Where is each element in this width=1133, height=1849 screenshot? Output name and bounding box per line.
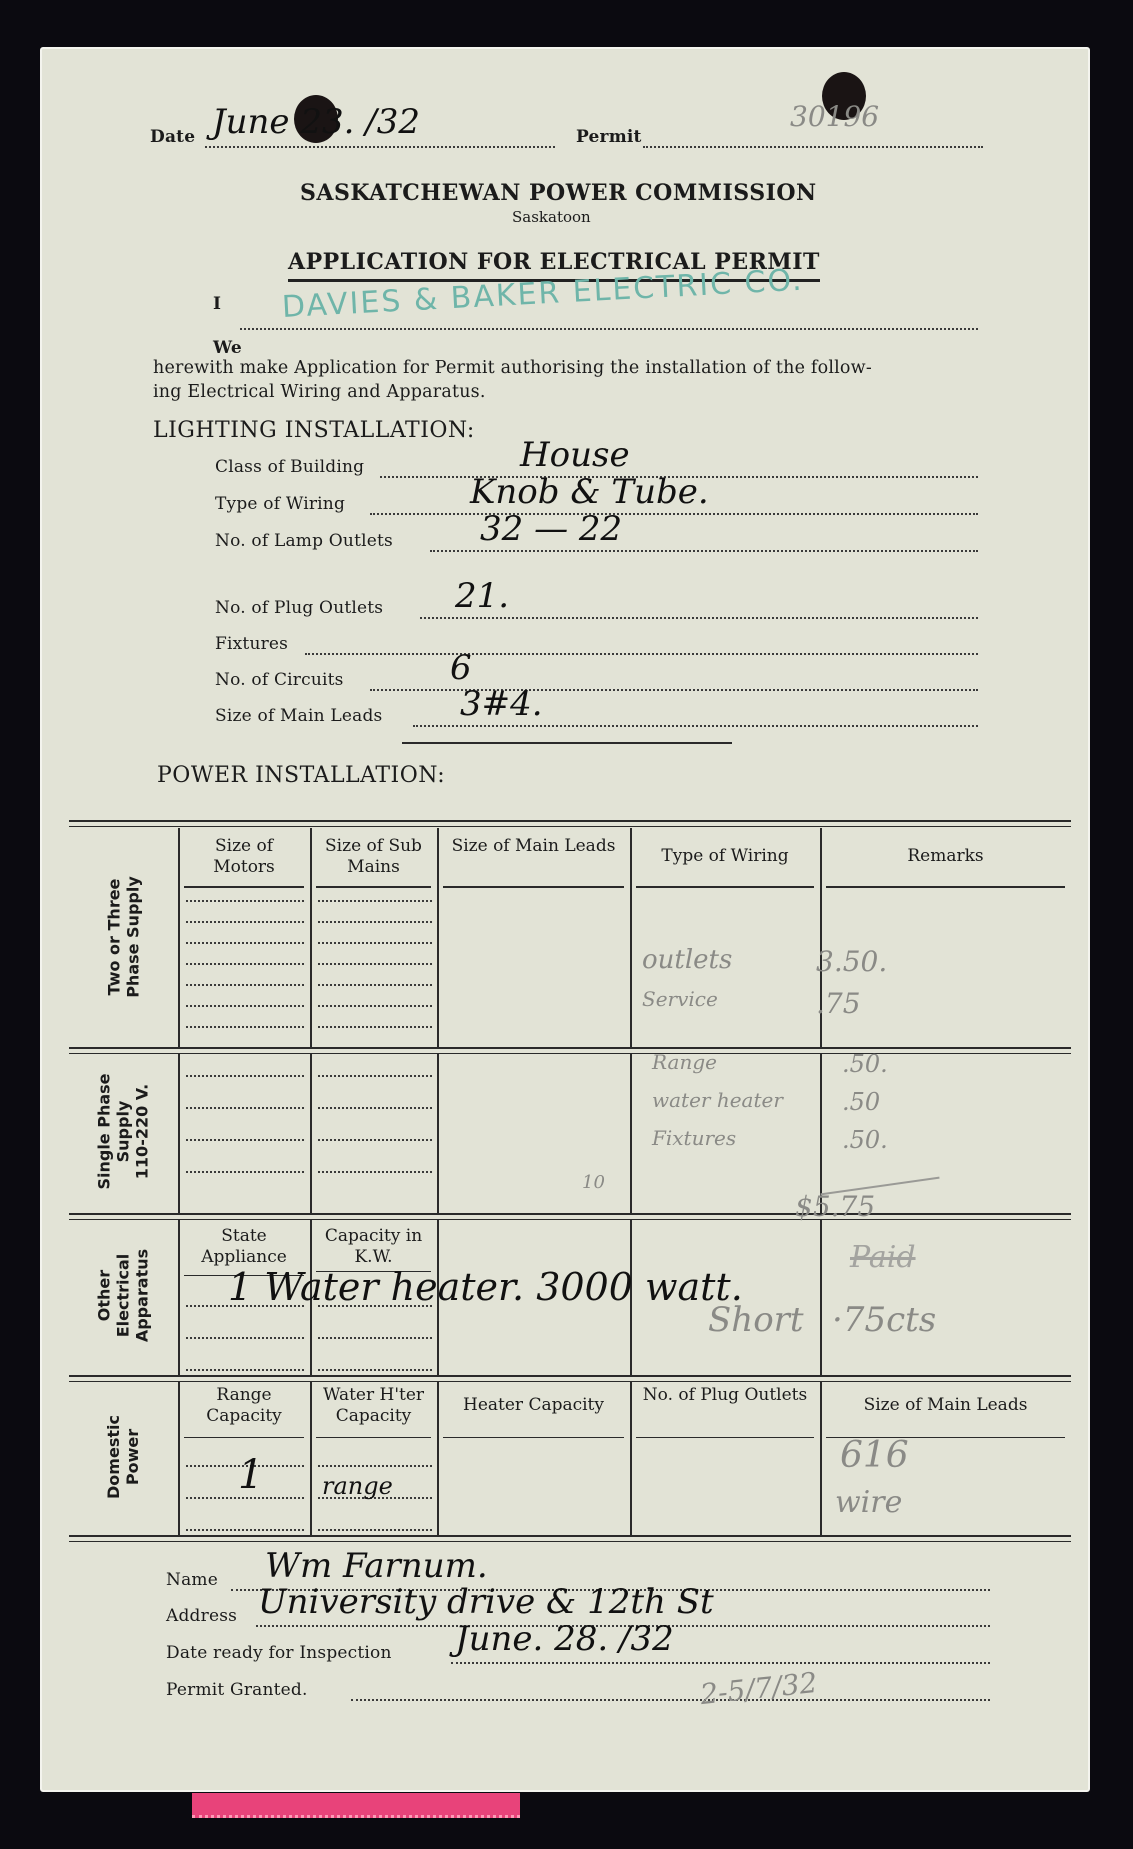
sub-main-line[interactable] <box>318 1026 432 1028</box>
header-underline <box>184 886 304 888</box>
water-heater-value[interactable]: range <box>322 1472 393 1500</box>
statement-line-1: herewith make Application for Permit aut… <box>153 358 872 378</box>
appliance-line[interactable] <box>186 1369 304 1371</box>
appliance-line[interactable] <box>186 1337 304 1339</box>
fee-total: $5.75 <box>795 1190 875 1223</box>
table-column-divider <box>820 1219 822 1375</box>
column-header-heater-capacity: Heater Capacity <box>439 1395 628 1416</box>
sub-main-line[interactable] <box>318 1171 432 1173</box>
field-label-size-of-main-leads: Size of Main Leads <box>215 706 382 726</box>
statement-line-2: ing Electrical Wiring and Apparatus. <box>153 382 486 402</box>
column-header-range-capacity: Range Capacity <box>180 1385 308 1427</box>
field-value-no-of-plug-outlets[interactable]: 21. <box>455 576 509 616</box>
field-value-no-of-circuits[interactable]: 6 <box>450 648 472 688</box>
field-line-no-of-lamp-outlets <box>430 550 978 552</box>
range-capacity-line[interactable] <box>186 1529 304 1531</box>
motor-size-line[interactable] <box>186 963 304 965</box>
column-header-type-of-wiring: Type of Wiring <box>636 846 814 867</box>
remark-fee: .50. <box>842 1126 888 1154</box>
column-header-size-of-sub-mains: Size of Sub Mains <box>316 836 431 878</box>
table-rule <box>69 1219 1071 1220</box>
column-header-capacity-in-k-w-: Capacity in K.W. <box>314 1226 433 1268</box>
table-rule <box>69 1535 1071 1537</box>
footer-label-address: Address <box>166 1606 237 1626</box>
we-label: We <box>213 338 242 358</box>
field-label-no-of-circuits: No. of Circuits <box>215 670 344 690</box>
motor-size-line[interactable] <box>186 1171 304 1173</box>
sub-main-line[interactable] <box>318 1139 432 1141</box>
field-label-fixtures: Fixtures <box>215 634 288 654</box>
permit-label: Permit <box>576 127 642 147</box>
wiring-note: Fixtures <box>652 1126 736 1150</box>
table-column-divider <box>310 828 312 1047</box>
group-label-single-phase-supply-110-220-v-: Single PhaseSupply110-220 V. <box>95 1052 152 1212</box>
field-line-fixtures <box>305 653 978 655</box>
sub-main-line[interactable] <box>318 942 432 944</box>
sub-main-line[interactable] <box>318 1075 432 1077</box>
motor-size-line[interactable] <box>186 942 304 944</box>
header-underline <box>636 886 814 888</box>
motor-size-line[interactable] <box>186 1026 304 1028</box>
sub-main-line[interactable] <box>318 1107 432 1109</box>
motor-size-line[interactable] <box>186 900 304 902</box>
motor-size-line[interactable] <box>186 984 304 986</box>
remark-amount: ·75cts <box>832 1300 936 1340</box>
apparatus-entry[interactable]: 1 Water heater. 3000 watt. <box>228 1265 743 1309</box>
remark-fee: .50 <box>842 1088 880 1116</box>
motor-size-line[interactable] <box>186 1005 304 1007</box>
remark-fee: .50. <box>842 1050 888 1078</box>
motor-size-line[interactable] <box>186 1107 304 1109</box>
group-label-two-or-three-phase-supply: Two or ThreePhase Supply <box>104 827 142 1046</box>
main-leads-value: 616 <box>840 1435 909 1476</box>
capacity-line[interactable] <box>318 1337 432 1339</box>
wiring-note: outlets <box>642 945 732 975</box>
table-column-divider <box>178 1053 180 1213</box>
motor-size-line[interactable] <box>186 921 304 923</box>
column-header-state-appliance: State Appliance <box>182 1226 306 1268</box>
column-header-size-of-main-leads: Size of Main Leads <box>822 1395 1069 1416</box>
wiring-note: water heater <box>652 1088 783 1112</box>
footer-value-name[interactable]: Wm Farnum. <box>265 1546 488 1586</box>
header-underline <box>826 886 1065 888</box>
field-value-type-of-wiring[interactable]: Knob & Tube. <box>470 472 709 512</box>
remark-fee: 3.50. <box>816 945 887 978</box>
table-rule <box>69 1047 1071 1049</box>
column-header-water-h-ter-capacity: Water H'ter Capacity <box>312 1385 435 1427</box>
power-section-title: POWER INSTALLATION: <box>157 763 445 788</box>
org-city: Saskatoon <box>512 208 591 226</box>
table-column-divider <box>178 1219 180 1375</box>
org-name: SASKATCHEWAN POWER COMMISSION <box>300 180 817 206</box>
column-header-size-of-motors: Size of Motors <box>184 836 304 878</box>
sub-main-line[interactable] <box>318 900 432 902</box>
remark-short: Short <box>708 1300 804 1340</box>
sub-main-line[interactable] <box>318 963 432 965</box>
table-rule <box>69 1053 1071 1054</box>
header-underline <box>316 1437 431 1438</box>
field-line-type-of-wiring <box>370 513 978 515</box>
footer-line-date-ready-for-inspection <box>451 1662 990 1664</box>
remark-fee: .75 <box>816 987 861 1020</box>
field-label-no-of-lamp-outlets: No. of Lamp Outlets <box>215 531 393 551</box>
footer-label-date-ready-for-inspection: Date ready for Inspection <box>166 1643 392 1663</box>
date-field-line <box>205 146 555 148</box>
footer-label-name: Name <box>166 1570 218 1590</box>
motor-size-line[interactable] <box>186 1075 304 1077</box>
capacity-line[interactable] <box>318 1369 432 1371</box>
water-heater-line[interactable] <box>318 1465 432 1467</box>
footer-value-address[interactable]: University drive & 12th St <box>258 1582 714 1622</box>
sub-main-line[interactable] <box>318 921 432 923</box>
group-label-domestic-power: DomesticPower <box>104 1380 142 1534</box>
table-rule <box>69 1541 1071 1542</box>
permit-field-line <box>643 146 983 148</box>
column-header-no-of-plug-outlets: No. of Plug Outlets <box>632 1385 818 1406</box>
wiring-note: Range <box>652 1050 717 1074</box>
field-line-no-of-plug-outlets <box>420 617 978 619</box>
table-rule <box>69 826 1071 827</box>
applicant-field-line <box>240 328 978 330</box>
footer-value-date-ready-for-inspection[interactable]: June. 28. /32 <box>455 1619 674 1659</box>
fixture-count: 10 <box>582 1172 605 1193</box>
table-column-divider <box>630 1053 632 1213</box>
date-value[interactable]: June 23. /32 <box>212 102 420 142</box>
field-label-class-of-building: Class of Building <box>215 457 364 477</box>
group-label-other-electrical-apparatus: OtherElectricalApparatus <box>95 1218 152 1374</box>
table-rule <box>69 1375 1071 1377</box>
sub-main-line[interactable] <box>318 1005 432 1007</box>
table-rule <box>69 1213 1071 1215</box>
table-column-divider <box>437 828 439 1047</box>
footer-label-permit-granted: Permit Granted. <box>166 1680 308 1700</box>
table-rule <box>69 1381 1071 1382</box>
column-header-size-of-main-leads: Size of Main Leads <box>443 836 624 857</box>
field-value-no-of-lamp-outlets[interactable]: 32 — 22 <box>480 509 622 549</box>
field-label-no-of-plug-outlets: No. of Plug Outlets <box>215 598 383 618</box>
column-header-remarks: Remarks <box>826 846 1065 867</box>
table-column-divider <box>310 1053 312 1213</box>
table-column-divider <box>178 828 180 1047</box>
water-heater-line[interactable] <box>318 1529 432 1531</box>
lighting-section-title: LIGHTING INSTALLATION: <box>153 418 475 443</box>
motor-size-line[interactable] <box>186 1139 304 1141</box>
i-label: I <box>213 294 221 314</box>
sub-main-line[interactable] <box>318 984 432 986</box>
field-line-size-of-main-leads <box>413 725 978 727</box>
footer-line-permit-granted <box>351 1699 990 1701</box>
field-value-class-of-building[interactable]: House <box>520 435 630 475</box>
perforated-stub <box>192 1793 520 1818</box>
date-label: Date <box>150 127 195 147</box>
field-label-type-of-wiring: Type of Wiring <box>215 494 345 514</box>
table-column-divider <box>437 1053 439 1213</box>
permit-number[interactable]: 30196 <box>790 100 879 133</box>
table-column-divider <box>630 828 632 1047</box>
header-underline <box>184 1437 304 1438</box>
header-underline <box>443 886 624 888</box>
table-rule <box>69 820 1071 822</box>
header-underline <box>636 1437 814 1438</box>
main-leads-value-2: wire <box>835 1485 902 1520</box>
remark-crossed-out: Paid <box>850 1240 916 1275</box>
field-value-size-of-main-leads[interactable]: 3#4. <box>460 684 543 724</box>
wiring-note: Service <box>642 987 718 1011</box>
header-underline <box>316 886 431 888</box>
header-underline <box>443 1437 624 1438</box>
table-column-divider <box>820 1053 822 1213</box>
lighting-total-rule <box>402 742 732 744</box>
range-capacity-value[interactable]: 1 <box>238 1452 263 1498</box>
